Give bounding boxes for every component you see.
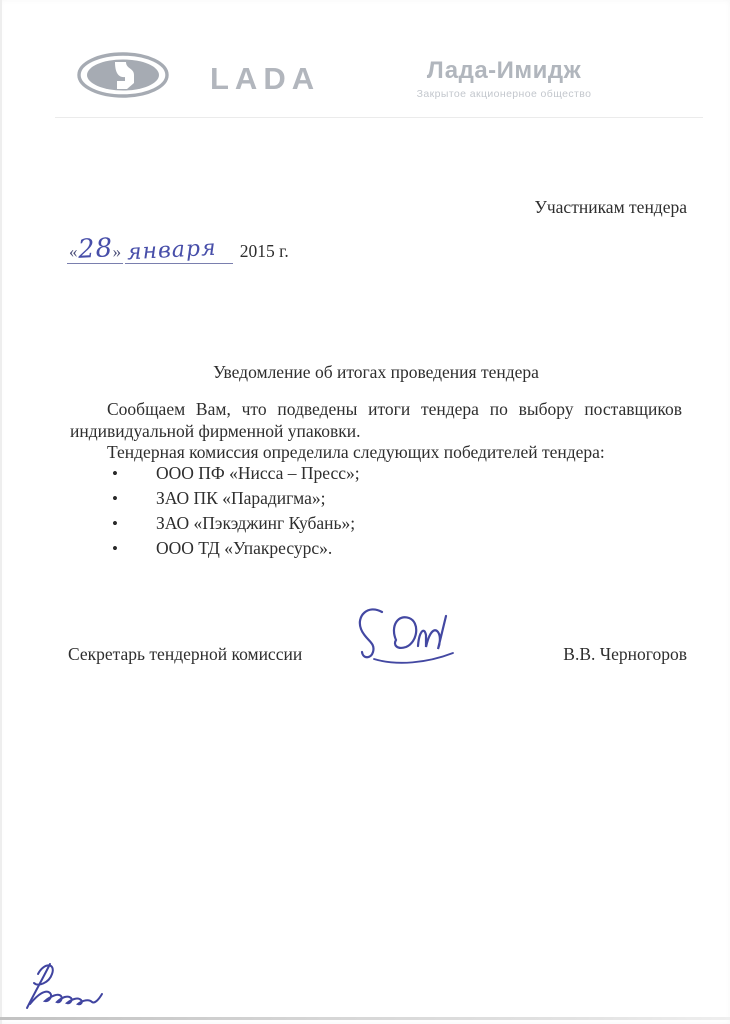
company-name: Лада-Имидж bbox=[398, 57, 610, 85]
list-item: •ООО ПФ «Нисса – Пресс»; bbox=[112, 463, 360, 488]
handwritten-day: 28 bbox=[77, 235, 113, 263]
handwritten-signature-icon bbox=[352, 602, 460, 673]
body-lead-in: Тендерная комиссия определила следующих … bbox=[70, 442, 682, 463]
open-quote: « bbox=[69, 242, 78, 261]
date-year: 2015 г. bbox=[240, 241, 289, 261]
bullet-icon: • bbox=[112, 489, 126, 509]
winner-name: ООО ТД «Упакресурс». bbox=[156, 538, 332, 559]
bullet-icon: • bbox=[112, 514, 126, 534]
list-item: •ЗАО ПК «Парадигма»; bbox=[112, 488, 360, 513]
scan-edge-bottom bbox=[0, 1017, 730, 1020]
signer-name: В.В. Черногоров bbox=[563, 644, 687, 665]
company-block: Лада-Имидж Закрытое акционерное общество bbox=[398, 57, 610, 100]
body-paragraph: Сообщаем Вам, что подведены итоги тендер… bbox=[70, 398, 682, 442]
handwritten-month: января bbox=[127, 238, 218, 265]
bullet-icon: • bbox=[112, 539, 126, 559]
scan-edge-left bbox=[0, 0, 2, 1024]
brand-wordmark: LADA bbox=[210, 61, 320, 97]
list-item: •ООО ТД «Упакресурс». bbox=[112, 538, 360, 563]
date-month-segment: января bbox=[125, 240, 233, 264]
lada-logo-icon bbox=[76, 52, 170, 103]
signer-role: Секретарь тендерной комиссии bbox=[68, 644, 302, 665]
winners-list: •ООО ПФ «Нисса – Пресс»; •ЗАО ПК «Паради… bbox=[112, 463, 360, 563]
letterhead-divider bbox=[55, 117, 703, 118]
recipient-line: Участникам тендера bbox=[534, 197, 687, 218]
date-day-segment: «28» bbox=[67, 236, 123, 264]
winner-name: ЗАО «Пэкэджинг Кубань»; bbox=[156, 513, 355, 534]
winner-name: ЗАО ПК «Парадигма»; bbox=[156, 488, 325, 509]
date-line: «28»января2015 г. bbox=[67, 236, 289, 264]
scanned-letter-page: LADA Лада-Имидж Закрытое акционерное общ… bbox=[0, 0, 730, 1024]
winner-name: ООО ПФ «Нисса – Пресс»; bbox=[156, 463, 360, 484]
letter-title: Уведомление об итогах проведения тендера bbox=[70, 362, 682, 383]
handwritten-paraph-icon bbox=[16, 956, 116, 1021]
close-quote: » bbox=[113, 242, 122, 261]
company-subtitle: Закрытое акционерное общество bbox=[398, 88, 610, 100]
list-item: •ЗАО «Пэкэджинг Кубань»; bbox=[112, 513, 360, 538]
bullet-icon: • bbox=[112, 464, 126, 484]
